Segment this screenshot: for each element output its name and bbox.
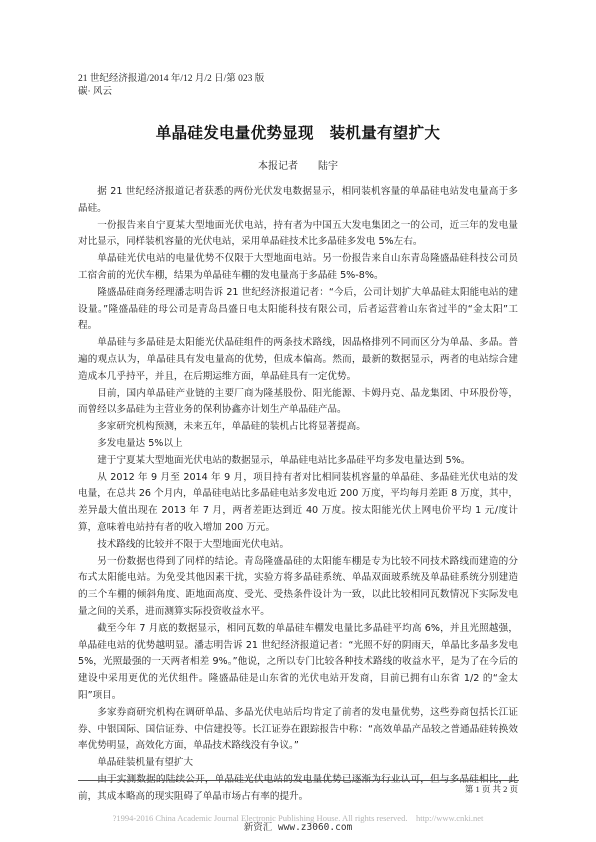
paragraph: 建于宁夏某大型地面光伏电站的数据显示，单晶硅电站比多晶硅平均多发电量达到 5%。 xyxy=(78,453,518,470)
article-byline: 本报记者 陆宇 xyxy=(0,157,596,172)
paragraph: 多家券商研究机构在调研单晶、多晶光伏电站后均肯定了前者的发电量优势，这些券商包括… xyxy=(78,705,518,755)
column-line: 碳· 风云 xyxy=(78,86,264,99)
paragraph: 由于实测数据的陆续公开，单晶硅光伏电站的发电量优势已逐渐为行业认可，但与多晶硅相… xyxy=(78,772,518,806)
site-watermark: 新资汇 www.z3060.com xyxy=(0,819,596,833)
article-body: 据 21 世纪经济报道记者获悉的两份光伏发电数据显示，相同装机容量的单晶硅电站发… xyxy=(78,184,518,805)
paragraph: 单晶硅光伏电站的电量优势不仅限于大型地面电站。另一份报告来自山东青岛隆盛晶硅科技… xyxy=(78,251,518,285)
section-heading: 技术路线的比较并不限于大型地面光伏电站。 xyxy=(78,537,518,554)
paragraph: 隆盛晶硅商务经理潘志明告诉 21 世纪经济报道记者：“今后，公司计划扩大单晶硅太… xyxy=(78,285,518,335)
paragraph: 从 2012 年 9 月至 2014 年 9 月，项目持有者对比相同装机容量的单… xyxy=(78,470,518,537)
page-indicator: 第 1 页 共 2 页 xyxy=(465,783,518,795)
footer-divider xyxy=(78,780,519,781)
article-title: 单晶硅发电量优势显现 装机量有望扩大 xyxy=(0,121,596,143)
paragraph: 一份报告来自宁夏某大型地面光伏电站，持有者为中国五大发电集团之一的公司，近三年的… xyxy=(78,218,518,252)
section-heading: 多发电量达 5%以上 xyxy=(78,436,518,453)
section-heading: 单晶硅装机量有望扩大 xyxy=(78,755,518,772)
paragraph: 多家研究机构预测，未来五年，单晶硅的装机占比将显著提高。 xyxy=(78,419,518,436)
source-line: 21 世纪经济报道/2014 年/12 月/2 日/第 023 版 xyxy=(78,73,264,86)
paragraph: 据 21 世纪经济报道记者获悉的两份光伏发电数据显示，相同装机容量的单晶硅电站发… xyxy=(78,184,518,218)
paragraph: 单晶硅与多晶硅是太阳能光伏晶硅组件的两条技术路线，因晶格排列不同而区分为单晶、多… xyxy=(78,335,518,385)
paragraph: 目前，国内单晶硅产业链的主要厂商为隆基股份、阳光能源、卡姆丹克、晶龙集团、中环股… xyxy=(78,386,518,420)
paragraph: 另一份数据也得到了同样的结论。青岛隆盛晶硅的太阳能车棚是专为比较不同技术路线而建… xyxy=(78,554,518,621)
publication-meta: 21 世纪经济报道/2014 年/12 月/2 日/第 023 版 碳· 风云 xyxy=(78,73,264,99)
paragraph: 截至今年 7 月底的数据显示，相同瓦数的单晶硅车棚发电量比多晶硅平均高 6%，并… xyxy=(78,621,518,705)
